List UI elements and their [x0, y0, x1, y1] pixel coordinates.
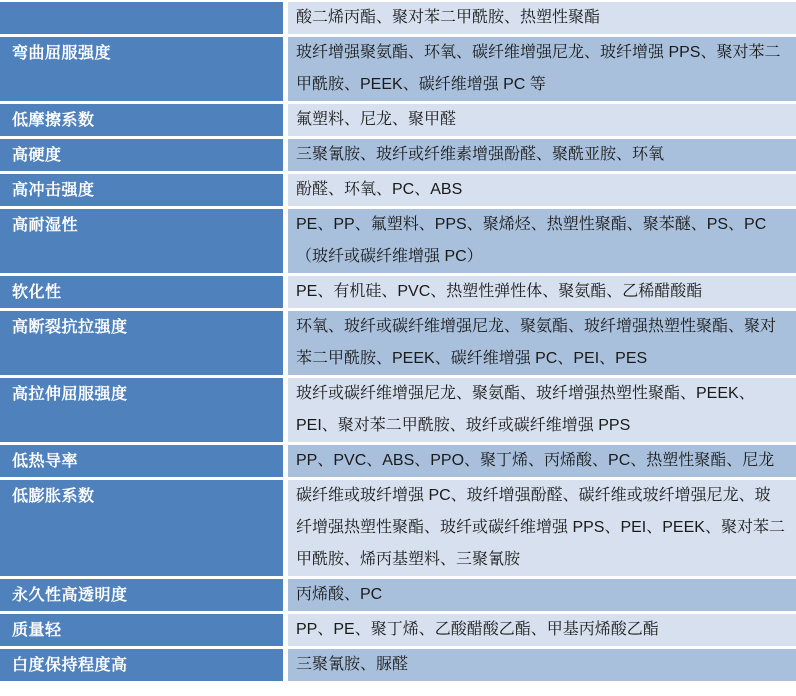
property-label: 质量轻	[12, 622, 62, 639]
property-cell: 弯曲屈服强度	[0, 37, 283, 101]
materials-text: 玻纤增强聚氨酯、环氧、碳纤维增强尼龙、玻纤增强 PPS、聚对苯二甲酰胺、PEEK…	[296, 44, 780, 93]
materials-cell: PP、PE、聚丁烯、乙酸醋酸乙酯、甲基丙烯酸乙酯	[288, 614, 796, 646]
property-label: 高拉伸屈服强度	[12, 386, 128, 403]
materials-text: 碳纤维或玻纤增强 PC、玻纤增强酚醛、碳纤维或玻纤增强尼龙、玻纤增强热塑性聚酯、…	[296, 487, 785, 568]
property-cell: 质量轻	[0, 614, 283, 646]
materials-text: PP、PE、聚丁烯、乙酸醋酸乙酯、甲基丙烯酸乙酯	[296, 621, 659, 638]
property-cell: 低热导率	[0, 445, 283, 477]
materials-text: 玻纤或碳纤维增强尼龙、聚氨酯、玻纤增强热塑性聚酯、PEEK、PEI、聚对苯二甲酰…	[296, 385, 755, 434]
materials-cell: 酚醛、环氧、PC、ABS	[288, 174, 796, 206]
table-row: 永久性高透明度 丙烯酸、PC	[0, 579, 796, 611]
property-label: 低摩擦系数	[12, 112, 95, 129]
table-row: 高耐湿性 PE、PP、氟塑料、PPS、聚烯烃、热塑性聚酯、聚苯醚、PS、PC（玻…	[0, 209, 796, 273]
materials-cell: 碳纤维或玻纤增强 PC、玻纤增强酚醛、碳纤维或玻纤增强尼龙、玻纤增强热塑性聚酯、…	[288, 480, 796, 576]
materials-properties-table: 酸二烯丙酯、聚对苯二甲酰胺、热塑性聚酯 弯曲屈服强度 玻纤增强聚氨酯、环氧、碳纤…	[0, 0, 796, 696]
materials-cell: PE、PP、氟塑料、PPS、聚烯烃、热塑性聚酯、聚苯醚、PS、PC（玻纤或碳纤维…	[288, 209, 796, 273]
property-cell: 高冲击强度	[0, 174, 283, 206]
property-cell: 白度保持程度高	[0, 649, 283, 681]
materials-cell: 玻纤增强聚氨酯、环氧、碳纤维增强尼龙、玻纤增强 PPS、聚对苯二甲酰胺、PEEK…	[288, 37, 796, 101]
materials-text: 丙烯酸、PC	[296, 586, 382, 603]
property-cell: 高耐湿性	[0, 209, 283, 273]
materials-text: 酸二烯丙酯、聚对苯二甲酰胺、热塑性聚酯	[296, 9, 600, 26]
materials-cell: 环氧、玻纤或碳纤维增强尼龙、聚氨酯、玻纤增强热塑性聚酯、聚对苯二甲酰胺、PEEK…	[288, 311, 796, 375]
property-cell: 高断裂抗拉强度	[0, 311, 283, 375]
property-label: 高冲击强度	[12, 182, 95, 199]
property-label: 高耐湿性	[12, 217, 78, 234]
materials-cell: 玻纤或碳纤维增强尼龙、聚氨酯、玻纤增强热塑性聚酯、PEEK、PEI、聚对苯二甲酰…	[288, 378, 796, 442]
property-label: 低热导率	[12, 453, 78, 470]
property-label: 永久性高透明度	[12, 587, 128, 604]
table-row: 高拉伸屈服强度 玻纤或碳纤维增强尼龙、聚氨酯、玻纤增强热塑性聚酯、PEEK、PE…	[0, 378, 796, 442]
materials-cell: 三聚氰胺、脲醛	[288, 649, 796, 681]
table-row: 低摩擦系数 氟塑料、尼龙、聚甲醛	[0, 104, 796, 136]
property-cell	[0, 2, 283, 34]
materials-text: 三聚氰胺、脲醛	[296, 656, 408, 673]
property-cell: 永久性高透明度	[0, 579, 283, 611]
materials-text: PE、有机硅、PVC、热塑性弹性体、聚氨酯、乙稀醋酸酯	[296, 283, 702, 300]
property-label: 软化性	[12, 284, 62, 301]
materials-text: 酚醛、环氧、PC、ABS	[296, 181, 462, 198]
materials-text: PP、PVC、ABS、PPO、聚丁烯、丙烯酸、PC、热塑性聚酯、尼龙	[296, 452, 774, 469]
table-row: 低热导率 PP、PVC、ABS、PPO、聚丁烯、丙烯酸、PC、热塑性聚酯、尼龙	[0, 445, 796, 477]
materials-cell: PE、有机硅、PVC、热塑性弹性体、聚氨酯、乙稀醋酸酯	[288, 276, 796, 308]
materials-text: 氟塑料、尼龙、聚甲醛	[296, 111, 456, 128]
materials-cell: 氟塑料、尼龙、聚甲醛	[288, 104, 796, 136]
property-cell: 高拉伸屈服强度	[0, 378, 283, 442]
table-row: 高断裂抗拉强度 环氧、玻纤或碳纤维增强尼龙、聚氨酯、玻纤增强热塑性聚酯、聚对苯二…	[0, 311, 796, 375]
table-row: 酸二烯丙酯、聚对苯二甲酰胺、热塑性聚酯	[0, 2, 796, 34]
table-row: 弯曲屈服强度 玻纤增强聚氨酯、环氧、碳纤维增强尼龙、玻纤增强 PPS、聚对苯二甲…	[0, 37, 796, 101]
table-row: 高硬度 三聚氰胺、玻纤或纤维素增强酚醛、聚酰亚胺、环氧	[0, 139, 796, 171]
materials-text: 三聚氰胺、玻纤或纤维素增强酚醛、聚酰亚胺、环氧	[296, 146, 664, 163]
table-row: 质量轻 PP、PE、聚丁烯、乙酸醋酸乙酯、甲基丙烯酸乙酯	[0, 614, 796, 646]
table-row: 软化性 PE、有机硅、PVC、热塑性弹性体、聚氨酯、乙稀醋酸酯	[0, 276, 796, 308]
property-cell: 低膨胀系数	[0, 480, 283, 576]
property-label: 高硬度	[12, 147, 62, 164]
materials-cell: PP、PVC、ABS、PPO、聚丁烯、丙烯酸、PC、热塑性聚酯、尼龙	[288, 445, 796, 477]
table-row: 低膨胀系数 碳纤维或玻纤增强 PC、玻纤增强酚醛、碳纤维或玻纤增强尼龙、玻纤增强…	[0, 480, 796, 576]
property-label: 低膨胀系数	[12, 488, 95, 505]
table-row: 高冲击强度 酚醛、环氧、PC、ABS	[0, 174, 796, 206]
property-label: 白度保持程度高	[12, 657, 128, 674]
table-row: 白度保持程度高 三聚氰胺、脲醛	[0, 649, 796, 681]
materials-text: PE、PP、氟塑料、PPS、聚烯烃、热塑性聚酯、聚苯醚、PS、PC（玻纤或碳纤维…	[296, 216, 766, 265]
materials-cell: 酸二烯丙酯、聚对苯二甲酰胺、热塑性聚酯	[288, 2, 796, 34]
property-cell: 高硬度	[0, 139, 283, 171]
property-label: 弯曲屈服强度	[12, 45, 111, 62]
property-cell: 软化性	[0, 276, 283, 308]
property-label: 高断裂抗拉强度	[12, 319, 128, 336]
materials-text: 环氧、玻纤或碳纤维增强尼龙、聚氨酯、玻纤增强热塑性聚酯、聚对苯二甲酰胺、PEEK…	[296, 318, 776, 367]
property-cell: 低摩擦系数	[0, 104, 283, 136]
materials-cell: 丙烯酸、PC	[288, 579, 796, 611]
materials-cell: 三聚氰胺、玻纤或纤维素增强酚醛、聚酰亚胺、环氧	[288, 139, 796, 171]
